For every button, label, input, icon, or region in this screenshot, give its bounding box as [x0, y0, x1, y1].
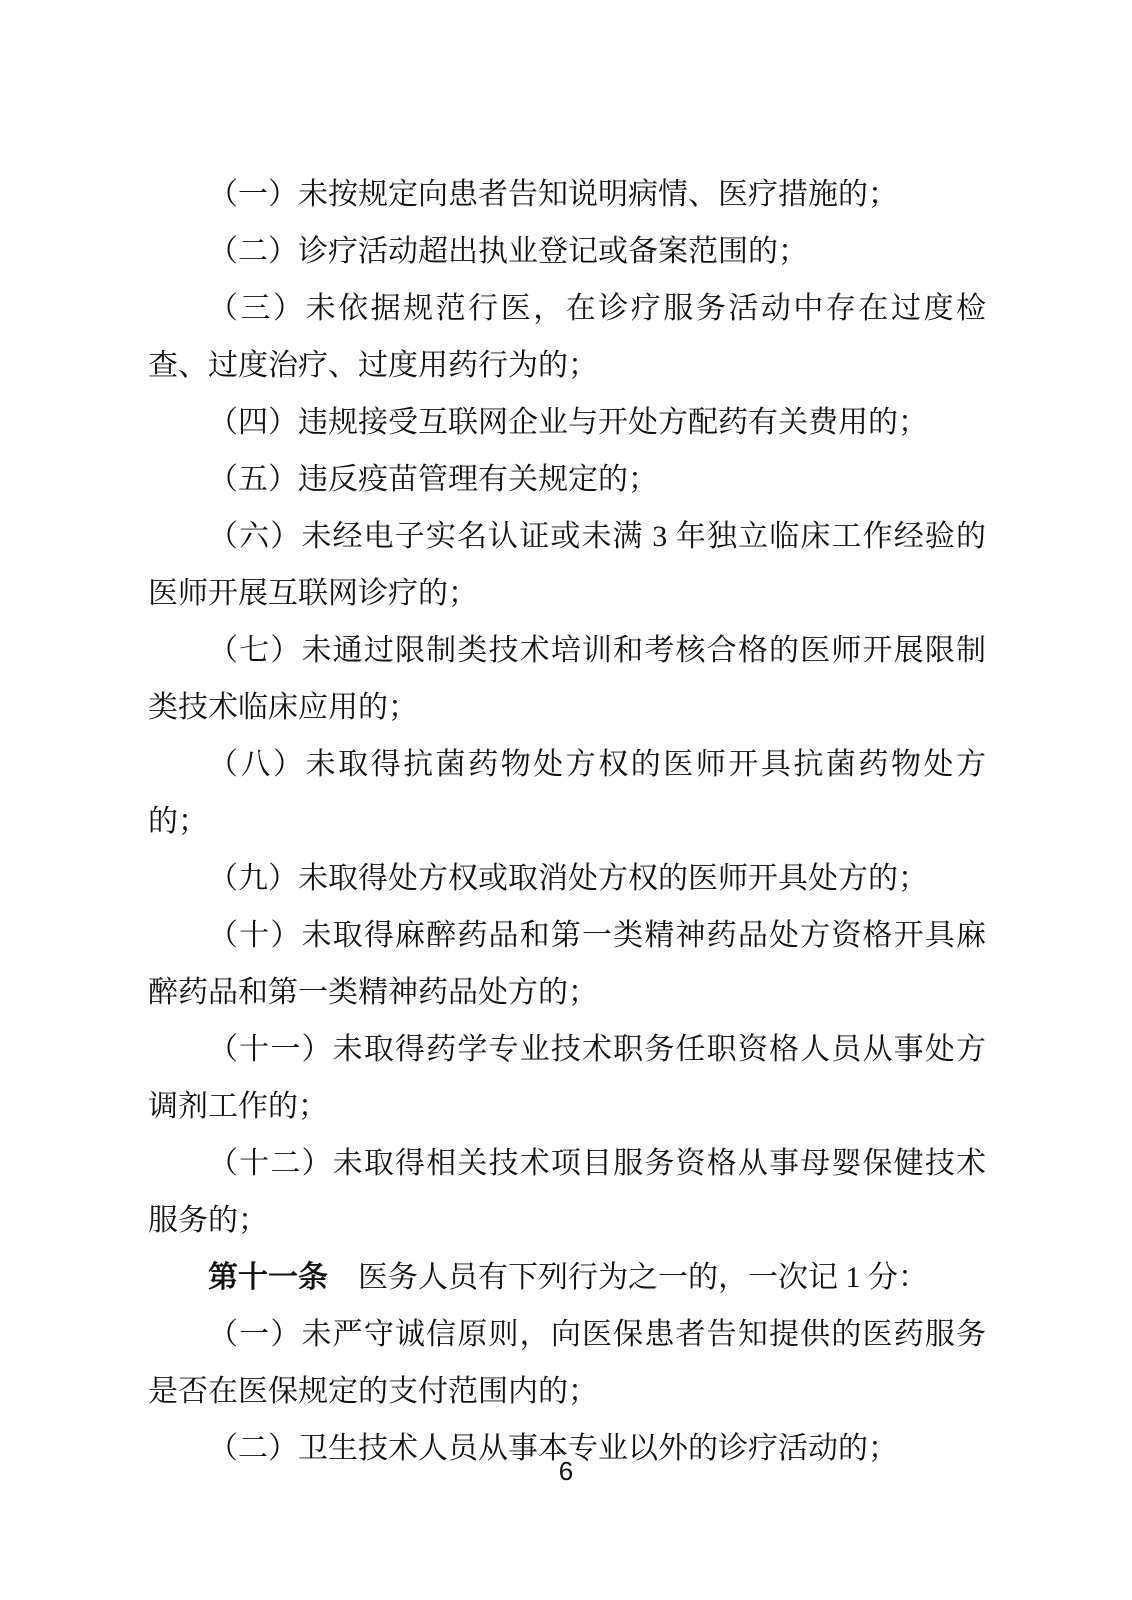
paragraph-text: （一）未按规定向患者告知说明病情、医疗措施的； [208, 178, 898, 211]
paragraph-text: （一）未严守诚信原则，向医保患者告知提供的医药服务是否在医保规定的支付范围内的； [148, 1318, 986, 1408]
clause-paragraph: （九）未取得处方权或取消处方权的医师开具处方的； [148, 850, 986, 907]
paragraph-text: （七）未通过限制类技术培训和考核合格的医师开展限制类技术临床应用的； [148, 634, 986, 724]
clause-paragraph: （二）诊疗活动超出执业登记或备案范围的； [148, 223, 986, 280]
clause-paragraph: （一）未严守诚信原则，向医保患者告知提供的医药服务是否在医保规定的支付范围内的； [148, 1306, 986, 1420]
clause-paragraph: （三）未依据规范行医，在诊疗服务活动中存在过度检查、过度治疗、过度用药行为的； [148, 280, 986, 394]
paragraph-text: （六）未经电子实名认证或未满 3 年独立临床工作经验的医师开展互联网诊疗的； [148, 520, 986, 610]
paragraph-text: （八）未取得抗菌药物处方权的医师开具抗菌药物处方的； [148, 748, 986, 838]
document-body: （一）未按规定向患者告知说明病情、医疗措施的；（二）诊疗活动超出执业登记或备案范… [148, 166, 986, 1477]
clause-paragraph: （六）未经电子实名认证或未满 3 年独立临床工作经验的医师开展互联网诊疗的； [148, 508, 986, 622]
paragraph-text: （十二）未取得相关技术项目服务资格从事母婴保健技术服务的； [148, 1147, 986, 1237]
clause-paragraph: （四）违规接受互联网企业与开处方配药有关费用的； [148, 394, 986, 451]
article-paragraph: 第十一条 医务人员有下列行为之一的，一次记 1 分： [148, 1249, 986, 1306]
paragraph-text: （五）违反疫苗管理有关规定的； [208, 463, 658, 496]
paragraph-text: 医务人员有下列行为之一的，一次记 1 分： [328, 1261, 928, 1294]
paragraph-text: （十）未取得麻醉药品和第一类精神药品处方资格开具麻醉药品和第一类精神药品处方的； [148, 919, 986, 1009]
paragraph-text: （四）违规接受互联网企业与开处方配药有关费用的； [208, 406, 928, 439]
article-heading: 第十一条 [208, 1261, 328, 1294]
clause-paragraph: （十）未取得麻醉药品和第一类精神药品处方资格开具麻醉药品和第一类精神药品处方的； [148, 907, 986, 1021]
clause-paragraph: （七）未通过限制类技术培训和考核合格的医师开展限制类技术临床应用的； [148, 622, 986, 736]
clause-paragraph: （五）违反疫苗管理有关规定的； [148, 451, 986, 508]
paragraph-text: （九）未取得处方权或取消处方权的医师开具处方的； [208, 862, 928, 895]
paragraph-text: （三）未依据规范行医，在诊疗服务活动中存在过度检查、过度治疗、过度用药行为的； [148, 292, 986, 382]
clause-paragraph: （十一）未取得药学专业技术职务任职资格人员从事处方调剂工作的； [148, 1021, 986, 1135]
page-number: 6 [0, 1455, 1132, 1487]
paragraph-text: （二）诊疗活动超出执业登记或备案范围的； [208, 235, 808, 268]
paragraph-text: （十一）未取得药学专业技术职务任职资格人员从事处方调剂工作的； [148, 1033, 986, 1123]
document-page: （一）未按规定向患者告知说明病情、医疗措施的；（二）诊疗活动超出执业登记或备案范… [0, 0, 1132, 1600]
clause-paragraph: （十二）未取得相关技术项目服务资格从事母婴保健技术服务的； [148, 1135, 986, 1249]
clause-paragraph: （八）未取得抗菌药物处方权的医师开具抗菌药物处方的； [148, 736, 986, 850]
clause-paragraph: （一）未按规定向患者告知说明病情、医疗措施的； [148, 166, 986, 223]
